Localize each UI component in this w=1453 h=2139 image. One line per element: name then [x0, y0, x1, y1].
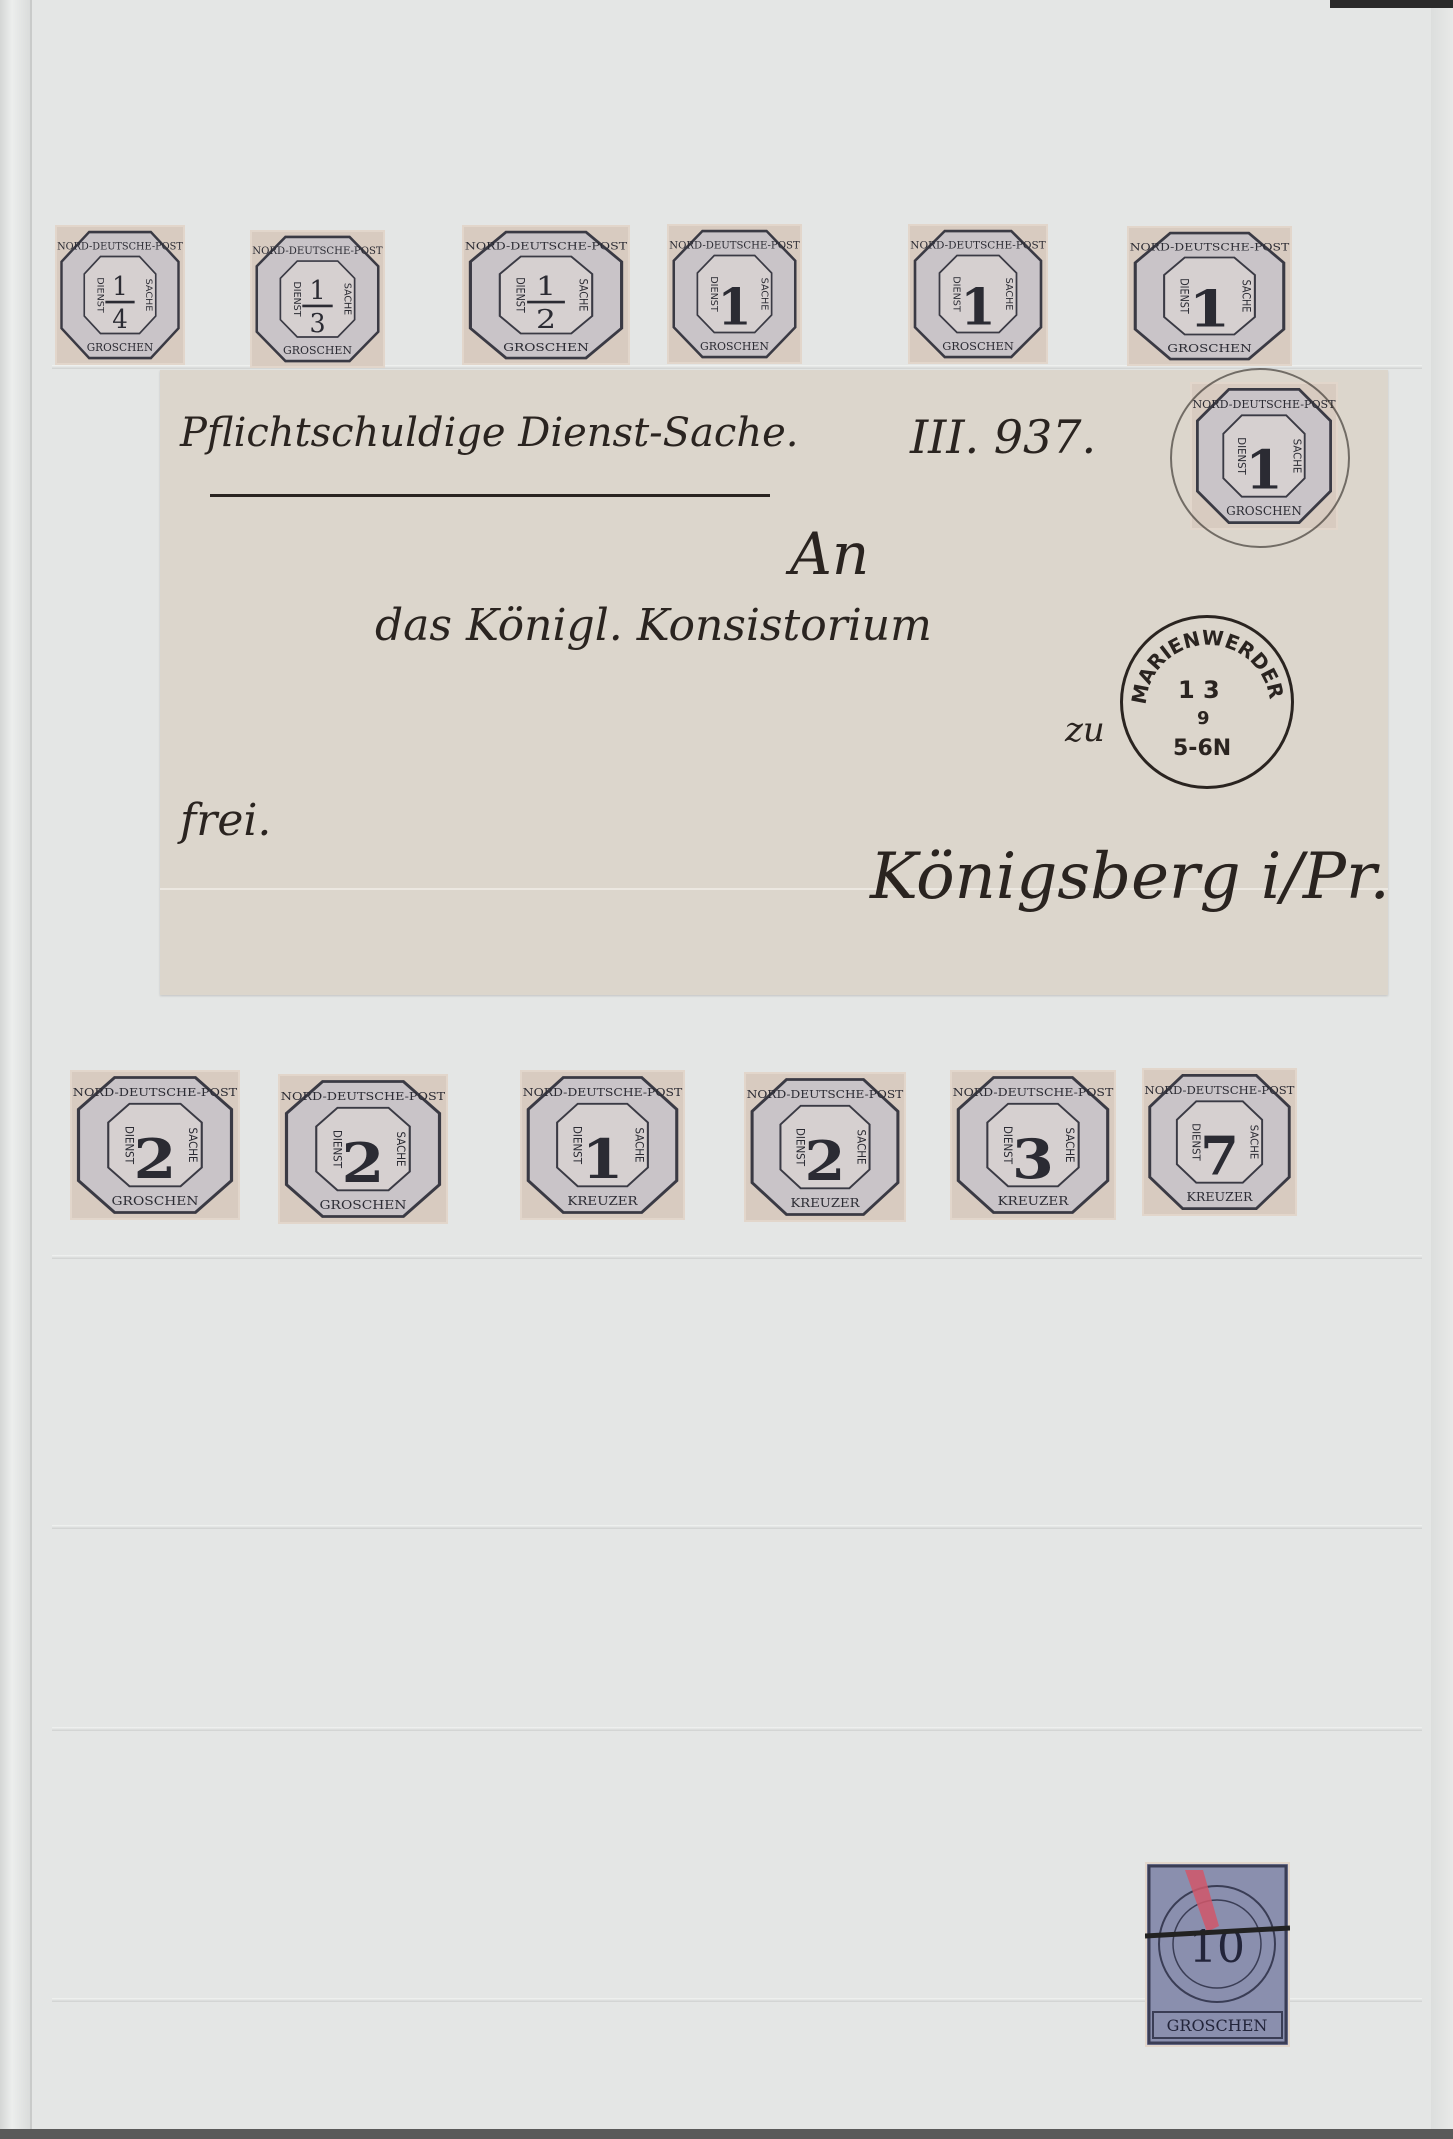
cover-salutation: An	[790, 520, 869, 588]
background-bottom	[0, 2129, 1453, 2139]
svg-text:SACHE: SACHE	[632, 1127, 646, 1162]
svg-text:SACHE: SACHE	[394, 1131, 408, 1166]
cover-addressee: das Königl. Konsistorium	[375, 600, 932, 651]
row2-stamp-5: NORD-DEUTSCHE-POST KREUZER DIENST SACHE …	[950, 1070, 1116, 1220]
svg-text:1: 1	[960, 277, 995, 337]
svg-text:NORD-DEUTSCHE-POST: NORD-DEUTSCHE-POST	[669, 239, 800, 251]
svg-text:SACHE: SACHE	[186, 1127, 200, 1162]
svg-text:NORD-DEUTSCHE-POST: NORD-DEUTSCHE-POST	[953, 1086, 1114, 1099]
postmark-time: 5-6N	[1173, 736, 1231, 761]
svg-text:2: 2	[805, 1130, 846, 1193]
svg-text:3: 3	[309, 309, 325, 339]
svg-text:NORD-DEUTSCHE-POST: NORD-DEUTSCHE-POST	[523, 1086, 683, 1099]
svg-text:NORD-DEUTSCHE-POST: NORD-DEUTSCHE-POST	[910, 240, 1045, 252]
svg-text:1: 1	[112, 270, 128, 301]
svg-text:NORD-DEUTSCHE-POST: NORD-DEUTSCHE-POST	[747, 1088, 904, 1101]
svg-text:KREUZER: KREUZER	[790, 1195, 860, 1209]
svg-text:SACHE: SACHE	[1063, 1127, 1077, 1162]
background-corner	[1330, 0, 1453, 8]
svg-text:1: 1	[309, 276, 325, 306]
svg-text:3: 3	[1012, 1127, 1054, 1191]
svg-text:NORD-DEUTSCHE-POST: NORD-DEUTSCHE-POST	[465, 240, 628, 253]
album-spine	[0, 0, 30, 2139]
album-page: NORD-DEUTSCHE-POST GROSCHEN DIENST SACHE…	[0, 0, 1453, 2139]
pocket-strip	[52, 1727, 1422, 1731]
row1-stamp-1: NORD-DEUTSCHE-POST GROSCHEN DIENST SACHE…	[55, 225, 185, 365]
postmark-date: 1 3	[1178, 676, 1220, 704]
svg-text:1: 1	[1189, 280, 1231, 339]
svg-text:GROSCHEN: GROSCHEN	[87, 341, 154, 354]
svg-text:GROSCHEN: GROSCHEN	[112, 1195, 199, 1209]
svg-text:KREUZER: KREUZER	[998, 1195, 1069, 1209]
svg-text:NORD-DEUTSCHE-POST: NORD-DEUTSCHE-POST	[73, 1086, 237, 1099]
svg-text:SACHE: SACHE	[576, 279, 590, 312]
svg-text:1: 1	[536, 271, 556, 302]
stamp-10-groschen: 10 GROSCHEN	[1145, 1862, 1290, 2047]
row1-stamp-3: NORD-DEUTSCHE-POST GROSCHEN DIENST SACHE…	[462, 225, 630, 365]
svg-text:KREUZER: KREUZER	[1186, 1190, 1253, 1204]
postal-cover: Pflichtschuldige Dienst-Sache. III. 937.…	[160, 370, 1388, 995]
row2-stamp-3: NORD-DEUTSCHE-POST KREUZER DIENST SACHE …	[520, 1070, 685, 1220]
svg-text:NORD-DEUTSCHE-POST: NORD-DEUTSCHE-POST	[57, 241, 183, 252]
svg-text:SACHE: SACHE	[1003, 278, 1014, 311]
page-right-edge	[1431, 0, 1453, 2139]
cover-frei: frei.	[180, 795, 271, 846]
row2-stamp-4: NORD-DEUTSCHE-POST KREUZER DIENST SACHE …	[744, 1072, 906, 1222]
svg-text:1: 1	[717, 277, 751, 337]
svg-text:GROSCHEN: GROSCHEN	[320, 1199, 407, 1213]
page-binding-line	[30, 0, 32, 2139]
cover-destination: Königsberg i/Pr.	[870, 840, 1390, 914]
pocket-strip	[52, 1255, 1422, 1259]
row2-stamp-2: NORD-DEUTSCHE-POST GROSCHEN DIENST SACHE…	[278, 1074, 448, 1224]
svg-text:SACHE: SACHE	[854, 1129, 867, 1164]
row2-stamp-1: NORD-DEUTSCHE-POST GROSCHEN DIENST SACHE…	[70, 1070, 240, 1220]
svg-text:DIENST: DIENST	[94, 277, 105, 313]
svg-text:GROSCHEN: GROSCHEN	[942, 339, 1014, 353]
svg-text:4: 4	[112, 303, 128, 334]
svg-text:NORD-DEUTSCHE-POST: NORD-DEUTSCHE-POST	[252, 246, 383, 257]
svg-text:7: 7	[1200, 1124, 1239, 1187]
cover-destination-prefix: zu	[1065, 710, 1105, 750]
svg-text:NORD-DEUTSCHE-POST: NORD-DEUTSCHE-POST	[281, 1090, 445, 1103]
cover-reference: III. 937.	[910, 410, 1096, 464]
svg-text:2: 2	[134, 1126, 177, 1191]
header-underline	[210, 494, 770, 497]
svg-text:2: 2	[342, 1130, 385, 1195]
svg-text:DIENST: DIENST	[513, 277, 527, 313]
svg-text:SACHE: SACHE	[759, 278, 770, 311]
svg-text:KREUZER: KREUZER	[567, 1195, 638, 1209]
pocket-strip	[52, 1525, 1422, 1529]
svg-text:GROSCHEN: GROSCHEN	[283, 344, 352, 357]
row1-stamp-5: NORD-DEUTSCHE-POST GROSCHEN DIENST SACHE…	[908, 224, 1048, 364]
row2-stamp-6: NORD-DEUTSCHE-POST KREUZER DIENST SACHE …	[1142, 1068, 1297, 1216]
svg-text:SACHE: SACHE	[143, 279, 154, 312]
svg-text:2: 2	[536, 304, 556, 335]
svg-text:SACHE: SACHE	[342, 283, 353, 315]
row1-stamp-6: NORD-DEUTSCHE-POST GROSCHEN DIENST SACHE…	[1127, 226, 1292, 366]
row1-stamp-4: NORD-DEUTSCHE-POST GROSCHEN DIENST SACHE…	[667, 224, 802, 364]
svg-text:GROSCHEN: GROSCHEN	[1167, 341, 1252, 355]
svg-text:1: 1	[582, 1127, 624, 1191]
marienwerder-postmark: MARIENWERDER 1 3 9 5-6N	[1120, 615, 1294, 789]
cover-header-line: Pflichtschuldige Dienst-Sache.	[180, 410, 798, 456]
row1-stamp-2: NORD-DEUTSCHE-POST GROSCHEN DIENST SACHE…	[250, 230, 385, 368]
cover-stamp-cancel	[1170, 368, 1350, 548]
svg-text:NORD-DEUTSCHE-POST: NORD-DEUTSCHE-POST	[1145, 1083, 1295, 1097]
svg-text:GROSCHEN: GROSCHEN	[700, 340, 769, 353]
svg-text:GROSCHEN: GROSCHEN	[1167, 2016, 1268, 2035]
svg-text:GROSCHEN: GROSCHEN	[503, 340, 589, 354]
postmark-month: 9	[1197, 708, 1210, 729]
svg-text:NORD-DEUTSCHE-POST: NORD-DEUTSCHE-POST	[1130, 240, 1290, 253]
svg-text:SACHE: SACHE	[1239, 280, 1252, 313]
svg-text:SACHE: SACHE	[1247, 1125, 1259, 1160]
svg-text:DIENST: DIENST	[291, 282, 302, 317]
